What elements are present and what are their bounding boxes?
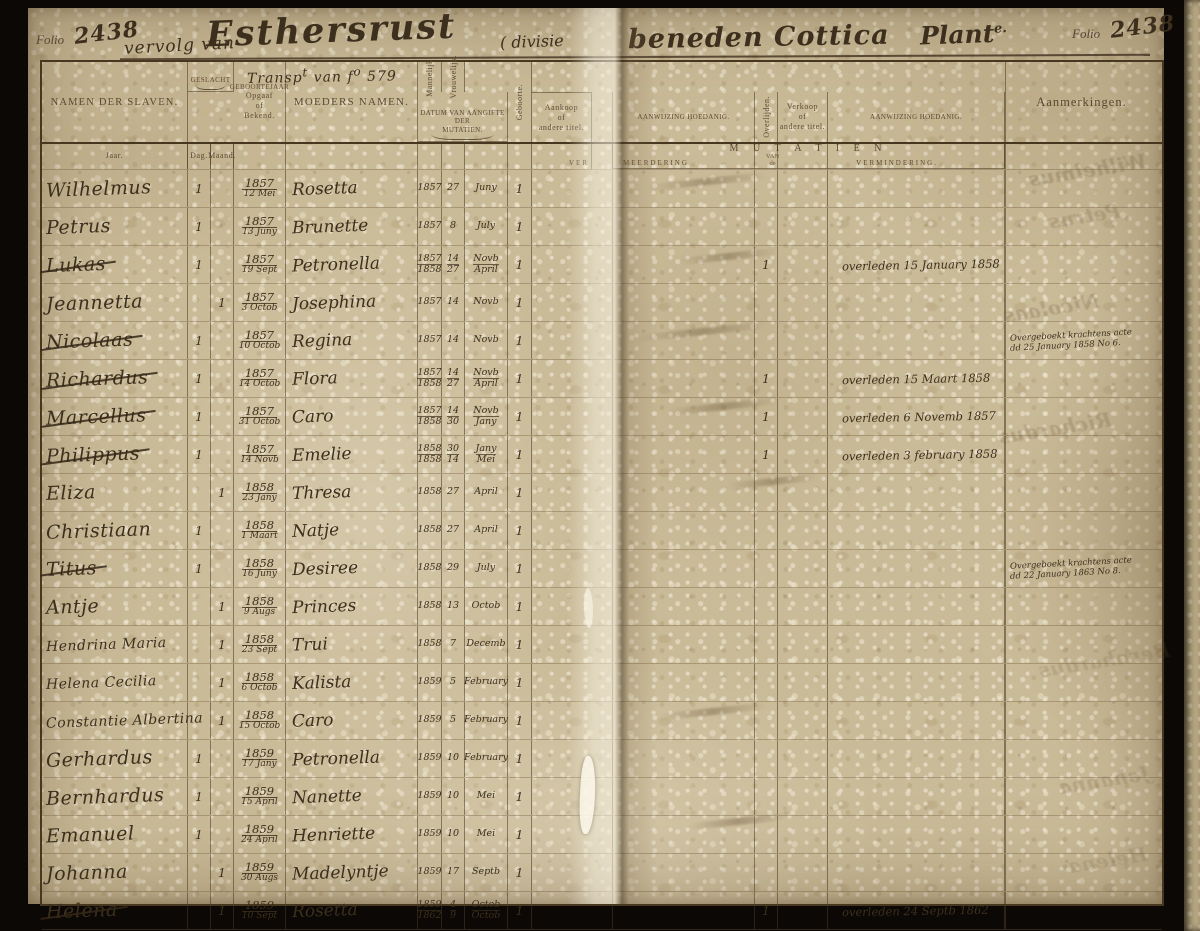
mutation-day-cell: 5	[442, 664, 465, 701]
death-mark-cell: 1	[755, 360, 778, 397]
death-mark-cell	[755, 512, 778, 549]
scanned-register-spread: { "folio_left":{"label":"Folio","number"…	[0, 0, 1200, 931]
mutation-day-cell: 13	[442, 588, 465, 625]
death-mark-cell	[755, 170, 778, 207]
death-mark-cell	[755, 208, 778, 245]
increase-indication-cell	[612, 246, 755, 283]
sale-mark-cell	[778, 512, 828, 549]
decrease-indication-cell	[828, 170, 1005, 207]
mutation-year-cell: 1857	[418, 208, 442, 245]
decrease-indication-cell	[828, 626, 1005, 663]
transport-row: Transpt van fo 579	[42, 144, 1162, 170]
mother-name-cell: Brunette	[286, 208, 418, 245]
table-row: Antje 1 18589 Augs Princes 1858 13 Octob…	[42, 588, 1162, 626]
death-mark-cell: 1	[755, 398, 778, 435]
header-namen-der-slaven: NAMEN DER SLAVEN.	[42, 62, 188, 142]
birthdate-cell: 185815 Octob	[234, 702, 286, 739]
birthdate-cell: 185823 Jany	[234, 474, 286, 511]
slave-name-cell: Bernhardus	[42, 778, 188, 815]
remarks-cell: Overgeboekt krachtens actedd 25 January …	[1005, 322, 1157, 359]
sale-mark-cell	[778, 588, 828, 625]
female-mark-cell	[211, 436, 234, 473]
increase-indication-cell	[612, 474, 755, 511]
header-verkoop: Verkoopofandere titel.	[778, 92, 828, 142]
slave-name-cell: Christiaan	[42, 512, 188, 549]
death-mark-cell	[755, 588, 778, 625]
mutation-day-cell: 5	[442, 702, 465, 739]
mother-name-cell: Desiree	[286, 550, 418, 587]
increase-indication-cell	[612, 892, 755, 929]
mutation-month-cell: Octob	[465, 588, 508, 625]
table-row: Christiaan 1 18581 Maart Natje 1858 27 A…	[42, 512, 1162, 550]
mutation-year-cell: 18571858	[418, 398, 442, 435]
male-mark-cell: 1	[188, 816, 211, 853]
slave-name-cell: Eliza	[42, 474, 188, 511]
birth-entry-mark-cell: 1	[508, 816, 532, 853]
increase-indication-cell	[612, 588, 755, 625]
mutation-month-cell: February	[465, 740, 508, 777]
birth-entry-mark-cell: 1	[508, 360, 532, 397]
death-mark-cell	[755, 322, 778, 359]
purchase-cell	[532, 512, 592, 549]
remarks-cell	[1005, 436, 1157, 473]
slave-name-cell: Gerhardus	[42, 740, 188, 777]
header-aanwijzing-vermindering: AANWIJZING HOEDANIG.	[828, 92, 1005, 142]
mutation-year-cell: 1859	[418, 854, 442, 891]
birthdate-cell: 185910 Sept	[234, 892, 286, 929]
increase-indication-cell	[612, 170, 755, 207]
table-row: Wilhelmus 1 185712 Mei Rosetta 1857 27 J…	[42, 170, 1162, 208]
heading-division-text: ( divisie	[500, 31, 564, 52]
mutation-month-cell: Septb	[465, 854, 508, 891]
table-body: Transpt van fo 579 Wilhelmus 1 185712 Me…	[42, 144, 1162, 930]
sale-mark-cell	[778, 626, 828, 663]
slave-name-cell: Johanna	[42, 854, 188, 891]
death-mark-cell: 1	[755, 892, 778, 929]
transport-line: Transpt van fo 579	[247, 64, 397, 87]
sale-mark-cell	[778, 322, 828, 359]
mutation-day-cell: 3014	[442, 436, 465, 473]
mutation-day-cell: 1427	[442, 360, 465, 397]
table-row: Petrus 1 185713 Juny Brunette 1857 8 Jul…	[42, 208, 1162, 246]
female-mark-cell: 1	[211, 474, 234, 511]
purchase-cell	[532, 246, 592, 283]
purchase-cell	[532, 322, 592, 359]
increase-indication-cell	[612, 854, 755, 891]
death-mark-cell: 1	[755, 436, 778, 473]
decrease-indication-cell	[828, 512, 1005, 549]
slave-name-cell: Helena	[42, 892, 188, 929]
female-mark-cell: 1	[211, 892, 234, 929]
remarks-cell	[1005, 512, 1157, 549]
birthdate-cell: 185719 Sept	[234, 246, 286, 283]
mutation-day-cell: 29	[442, 550, 465, 587]
female-mark-cell	[211, 512, 234, 549]
birthdate-cell: 185713 Juny	[234, 208, 286, 245]
purchase-cell	[532, 398, 592, 435]
mutation-year-cell: 18581858	[418, 436, 442, 473]
remarks-cell	[1005, 626, 1157, 663]
header-geslacht-group: GESLACHT	[188, 62, 234, 92]
female-mark-cell	[211, 208, 234, 245]
mutation-year-cell: 1859	[418, 702, 442, 739]
increase-indication-cell	[612, 664, 755, 701]
death-mark-cell	[755, 702, 778, 739]
decrease-indication-cell	[828, 740, 1005, 777]
remarks-cell	[1005, 892, 1157, 929]
male-mark-cell: 1	[188, 322, 211, 359]
mutation-month-cell: Juny	[465, 170, 508, 207]
mutation-year-cell: 1859	[418, 740, 442, 777]
birth-entry-mark-cell: 1	[508, 550, 532, 587]
increase-indication-cell	[612, 778, 755, 815]
remarks-cell	[1005, 208, 1157, 245]
mutation-year-cell: 1859	[418, 816, 442, 853]
death-mark-cell	[755, 816, 778, 853]
mother-name-cell: Natje	[286, 512, 418, 549]
birth-entry-mark-cell: 1	[508, 170, 532, 207]
heading-estate-name: Esthersrust	[205, 6, 456, 56]
mutation-day-cell: 17	[442, 854, 465, 891]
table-row: Eliza 1 185823 Jany Thresa 1858 27 April…	[42, 474, 1162, 512]
gutter-gap-cell	[592, 360, 612, 397]
mother-name-cell: Caro	[286, 702, 418, 739]
mother-name-cell: Petronella	[286, 740, 418, 777]
mutation-month-cell: Mei	[465, 816, 508, 853]
decrease-indication-cell: overleden 24 Septb 1862	[828, 892, 1005, 929]
mutation-year-cell: 1858	[418, 550, 442, 587]
heading-district-name: beneden Cottica	[628, 20, 890, 56]
gutter-gap-cell	[592, 398, 612, 435]
decrease-indication-cell	[828, 322, 1005, 359]
female-mark-cell	[211, 170, 234, 207]
decrease-indication-cell	[828, 778, 1005, 815]
table-row: Nicolaas 1 185710 Octob Regina 1857 14 N…	[42, 322, 1162, 360]
male-mark-cell	[188, 664, 211, 701]
purchase-cell	[532, 892, 592, 929]
mutation-month-cell: NovbJany	[465, 398, 508, 435]
mutation-day-cell: 14	[442, 322, 465, 359]
purchase-cell	[532, 664, 592, 701]
male-mark-cell: 1	[188, 436, 211, 473]
male-mark-cell: 1	[188, 740, 211, 777]
birth-entry-mark-cell: 1	[508, 208, 532, 245]
mother-name-cell: Rosetta	[286, 170, 418, 207]
decrease-indication-cell	[828, 550, 1005, 587]
sale-mark-cell	[778, 170, 828, 207]
gutter-gap-cell	[592, 816, 612, 853]
table-row: Johanna 1 185930 Augs Madelyntje 1859 17…	[42, 854, 1162, 892]
death-mark-cell	[755, 740, 778, 777]
male-mark-cell	[188, 892, 211, 929]
header-datum-group: DATUM VAN AANGIFTE DERMUTATIEN.	[418, 92, 508, 142]
death-mark-cell	[755, 626, 778, 663]
table-row: Richardus 1 185714 Octob Flora 18571858 …	[42, 360, 1162, 398]
folio-right-number: 2438	[1109, 10, 1177, 44]
mother-name-cell: Princes	[286, 588, 418, 625]
decrease-indication-cell	[828, 854, 1005, 891]
table-row: Jeannetta 1 18573 Octob Josephina 1857 1…	[42, 284, 1162, 322]
increase-indication-cell	[612, 208, 755, 245]
birth-entry-mark-cell: 1	[508, 474, 532, 511]
mother-name-cell: Rosetta	[286, 892, 418, 929]
table-row: Lukas 1 185719 Sept Petronella 18571858 …	[42, 246, 1162, 284]
birth-entry-mark-cell: 1	[508, 778, 532, 815]
slave-name-cell: Antje	[42, 588, 188, 625]
increase-indication-cell	[612, 512, 755, 549]
mother-name-cell: Petronella	[286, 246, 418, 283]
mother-name-cell: Flora	[286, 360, 418, 397]
table-row: Emanuel 1 185924 April Henriette 1859 10…	[42, 816, 1162, 854]
birthdate-cell: 185731 Octob	[234, 398, 286, 435]
gutter-gap-cell	[592, 322, 612, 359]
table-row: Helena Cecilia 1 18586 Octob Kalista 185…	[42, 664, 1162, 702]
remarks-cell	[1005, 246, 1157, 283]
increase-indication-cell	[612, 322, 755, 359]
slave-name-cell: Hendrina Maria	[42, 626, 188, 663]
gutter-gap-cell	[592, 702, 612, 739]
mutation-year-cell: 1857	[418, 322, 442, 359]
female-mark-cell	[211, 246, 234, 283]
mother-name-cell: Henriette	[286, 816, 418, 853]
decrease-indication-cell	[828, 284, 1005, 321]
female-mark-cell: 1	[211, 284, 234, 321]
remarks-cell	[1005, 170, 1157, 207]
mutation-day-cell: 49	[442, 892, 465, 929]
gutter-gap-cell	[592, 550, 612, 587]
birth-entry-mark-cell: 1	[508, 702, 532, 739]
female-mark-cell	[211, 360, 234, 397]
slave-name-cell: Petrus	[42, 208, 188, 245]
increase-indication-cell	[612, 550, 755, 587]
sale-mark-cell	[778, 246, 828, 283]
mutation-year-cell: 1858	[418, 588, 442, 625]
male-mark-cell: 1	[188, 550, 211, 587]
female-mark-cell	[211, 740, 234, 777]
sale-mark-cell	[778, 778, 828, 815]
gutter-gap-cell	[592, 892, 612, 929]
sale-mark-cell	[778, 398, 828, 435]
purchase-cell	[532, 436, 592, 473]
slave-name-cell: Marcellus	[42, 398, 188, 435]
decrease-indication-cell: overleden 15 January 1858	[828, 246, 1005, 283]
sale-mark-cell	[778, 360, 828, 397]
register-page-spread: Folio 2438 Folio 2438 vervolg van Esther…	[28, 8, 1164, 904]
header-overlijden: Overlijden.	[755, 92, 778, 142]
female-mark-cell: 1	[211, 702, 234, 739]
decrease-indication-cell: overleden 3 february 1858	[828, 436, 1005, 473]
gutter-gap-cell	[592, 626, 612, 663]
mutation-year-cell: 1859	[418, 664, 442, 701]
death-mark-cell	[755, 550, 778, 587]
remarks-cell	[1005, 284, 1157, 321]
death-mark-cell: 1	[755, 246, 778, 283]
sale-mark-cell	[778, 284, 828, 321]
purchase-cell	[532, 284, 592, 321]
mutation-year-cell: 18571858	[418, 360, 442, 397]
increase-indication-cell	[612, 740, 755, 777]
mutation-year-cell: 1858	[418, 512, 442, 549]
slave-name-cell: Lukas	[42, 246, 188, 283]
gutter-gap-cell	[592, 246, 612, 283]
header-aankoop: Aankoopofandere titel.	[532, 92, 592, 142]
birth-entry-mark-cell: 1	[508, 436, 532, 473]
gutter-gap-cell	[592, 474, 612, 511]
female-mark-cell: 1	[211, 626, 234, 663]
slave-name-cell: Wilhelmus	[42, 170, 188, 207]
birthdate-cell: 185917 Jany	[234, 740, 286, 777]
table-row: Constantie Albertina 1 185815 Octob Caro…	[42, 702, 1162, 740]
mutation-day-cell: 27	[442, 170, 465, 207]
mutation-year-cell: 18571858	[418, 246, 442, 283]
gutter-gap-cell	[592, 854, 612, 891]
increase-indication-cell	[612, 360, 755, 397]
female-mark-cell	[211, 322, 234, 359]
header-aanmerkingen: Aanmerkingen.	[1005, 62, 1157, 142]
birth-entry-mark-cell: 1	[508, 664, 532, 701]
decrease-indication-cell	[828, 664, 1005, 701]
mutation-month-cell: Novb	[465, 284, 508, 321]
male-mark-cell	[188, 854, 211, 891]
purchase-cell	[532, 550, 592, 587]
register-table: NAMEN DER SLAVEN. GESLACHT Mannelijk. Vr…	[40, 60, 1164, 906]
purchase-cell	[532, 170, 592, 207]
table-row: Helena 1 185910 Sept Rosetta 18591862 49…	[42, 892, 1162, 930]
underlying-page-edge	[1184, 0, 1200, 931]
birthdate-cell: 185924 April	[234, 816, 286, 853]
gutter-gap-cell	[592, 740, 612, 777]
birth-entry-mark-cell: 1	[508, 740, 532, 777]
mutation-month-cell: February	[465, 702, 508, 739]
gutter-gap-cell	[592, 512, 612, 549]
mother-name-cell: Trui	[286, 626, 418, 663]
remarks-cell	[1005, 702, 1157, 739]
decrease-indication-cell	[828, 702, 1005, 739]
birth-entry-mark-cell: 1	[508, 892, 532, 929]
purchase-cell	[532, 702, 592, 739]
gutter-gap-cell	[592, 208, 612, 245]
remarks-cell	[1005, 854, 1157, 891]
birthdate-cell: 18573 Octob	[234, 284, 286, 321]
mutation-day-cell: 27	[442, 512, 465, 549]
decrease-indication-cell	[828, 588, 1005, 625]
mutation-year-cell: 18591862	[418, 892, 442, 929]
mutation-day-cell: 27	[442, 474, 465, 511]
table-row: Philippus 1 185714 Novb Emelie 18581858 …	[42, 436, 1162, 474]
slave-name-cell: Emanuel	[42, 816, 188, 853]
mutation-day-cell: 1427	[442, 246, 465, 283]
birth-entry-mark-cell: 1	[508, 626, 532, 663]
birth-entry-mark-cell: 1	[508, 246, 532, 283]
mutation-day-cell: 14	[442, 284, 465, 321]
mother-name-cell: Kalista	[286, 664, 418, 701]
gutter-header-gap	[592, 62, 612, 142]
birthdate-cell: 185816 Juny	[234, 550, 286, 587]
birthdate-cell: 185930 Augs	[234, 854, 286, 891]
increase-indication-cell	[612, 816, 755, 853]
mutation-day-cell: 10	[442, 740, 465, 777]
mother-name-cell: Nanette	[286, 778, 418, 815]
birth-entry-mark-cell: 1	[508, 854, 532, 891]
increase-indication-cell	[612, 626, 755, 663]
sale-mark-cell	[778, 892, 828, 929]
table-header: NAMEN DER SLAVEN. GESLACHT Mannelijk. Vr…	[42, 62, 1162, 144]
remarks-cell	[1005, 398, 1157, 435]
mutation-month-cell: July	[465, 208, 508, 245]
birthdate-cell: 18581 Maart	[234, 512, 286, 549]
mutation-month-cell: April	[465, 512, 508, 549]
header-aanwijzing-meerdering: AANWIJZING HOEDANIG.	[612, 92, 755, 142]
female-mark-cell: 1	[211, 854, 234, 891]
folio-right-label: Folio	[1072, 26, 1100, 42]
slave-name-cell: Constantie Albertina	[42, 702, 188, 739]
mother-name-cell: Caro	[286, 398, 418, 435]
slave-name-cell: Helena Cecilia	[42, 664, 188, 701]
birth-entry-mark-cell: 1	[508, 588, 532, 625]
mutation-day-cell: 7	[442, 626, 465, 663]
remarks-cell	[1005, 740, 1157, 777]
slave-name-cell: Titus	[42, 550, 188, 587]
gutter-gap-cell	[592, 436, 612, 473]
gutter-gap-cell	[592, 284, 612, 321]
male-mark-cell: 1	[188, 208, 211, 245]
death-mark-cell	[755, 474, 778, 511]
header-mannelijk: Mannelijk.	[418, 62, 442, 92]
death-mark-cell	[755, 664, 778, 701]
slave-name-cell: Nicolaas	[42, 322, 188, 359]
mutation-month-cell: OctobOctob	[465, 892, 508, 929]
remarks-cell	[1005, 816, 1157, 853]
slave-name-cell: Richardus	[42, 360, 188, 397]
birthdate-cell: 185915 April	[234, 778, 286, 815]
sale-mark-cell	[778, 550, 828, 587]
sale-mark-cell	[778, 854, 828, 891]
table-row: Hendrina Maria 1 185823 Sept Trui 1858 7…	[42, 626, 1162, 664]
mutation-day-cell: 10	[442, 778, 465, 815]
purchase-cell	[532, 474, 592, 511]
remarks-cell	[1005, 664, 1157, 701]
mutation-year-cell: 1857	[418, 284, 442, 321]
sale-mark-cell	[778, 702, 828, 739]
mutation-month-cell: JanyMei	[465, 436, 508, 473]
male-mark-cell: 1	[188, 170, 211, 207]
male-mark-cell: 1	[188, 398, 211, 435]
table-row: Bernhardus 1 185915 April Nanette 1859 1…	[42, 778, 1162, 816]
decrease-indication-cell	[828, 474, 1005, 511]
birthdate-cell: 185714 Octob	[234, 360, 286, 397]
header-vrouwelijk: Vrouwelijk.	[442, 62, 465, 92]
mutation-month-cell: February	[465, 664, 508, 701]
sale-mark-cell	[778, 740, 828, 777]
mutation-year-cell: 1858	[418, 626, 442, 663]
decrease-indication-cell	[828, 816, 1005, 853]
mutation-day-cell: 8	[442, 208, 465, 245]
mother-name-cell: Regina	[286, 322, 418, 359]
mutation-month-cell: Decemb	[465, 626, 508, 663]
purchase-cell	[532, 854, 592, 891]
purchase-cell	[532, 360, 592, 397]
folio-left-label: Folio	[36, 32, 64, 48]
decrease-indication-cell: overleden 15 Maart 1858	[828, 360, 1005, 397]
male-mark-cell: 1	[188, 246, 211, 283]
mutation-month-cell: Novb	[465, 322, 508, 359]
remarks-cell: Overgeboekt krachtens actedd 22 January …	[1005, 550, 1157, 587]
mutation-year-cell: 1859	[418, 778, 442, 815]
mother-name-cell: Emelie	[286, 436, 418, 473]
header-geboorte: Geboorte.	[508, 62, 532, 142]
sale-mark-cell	[778, 816, 828, 853]
purchase-cell	[532, 208, 592, 245]
